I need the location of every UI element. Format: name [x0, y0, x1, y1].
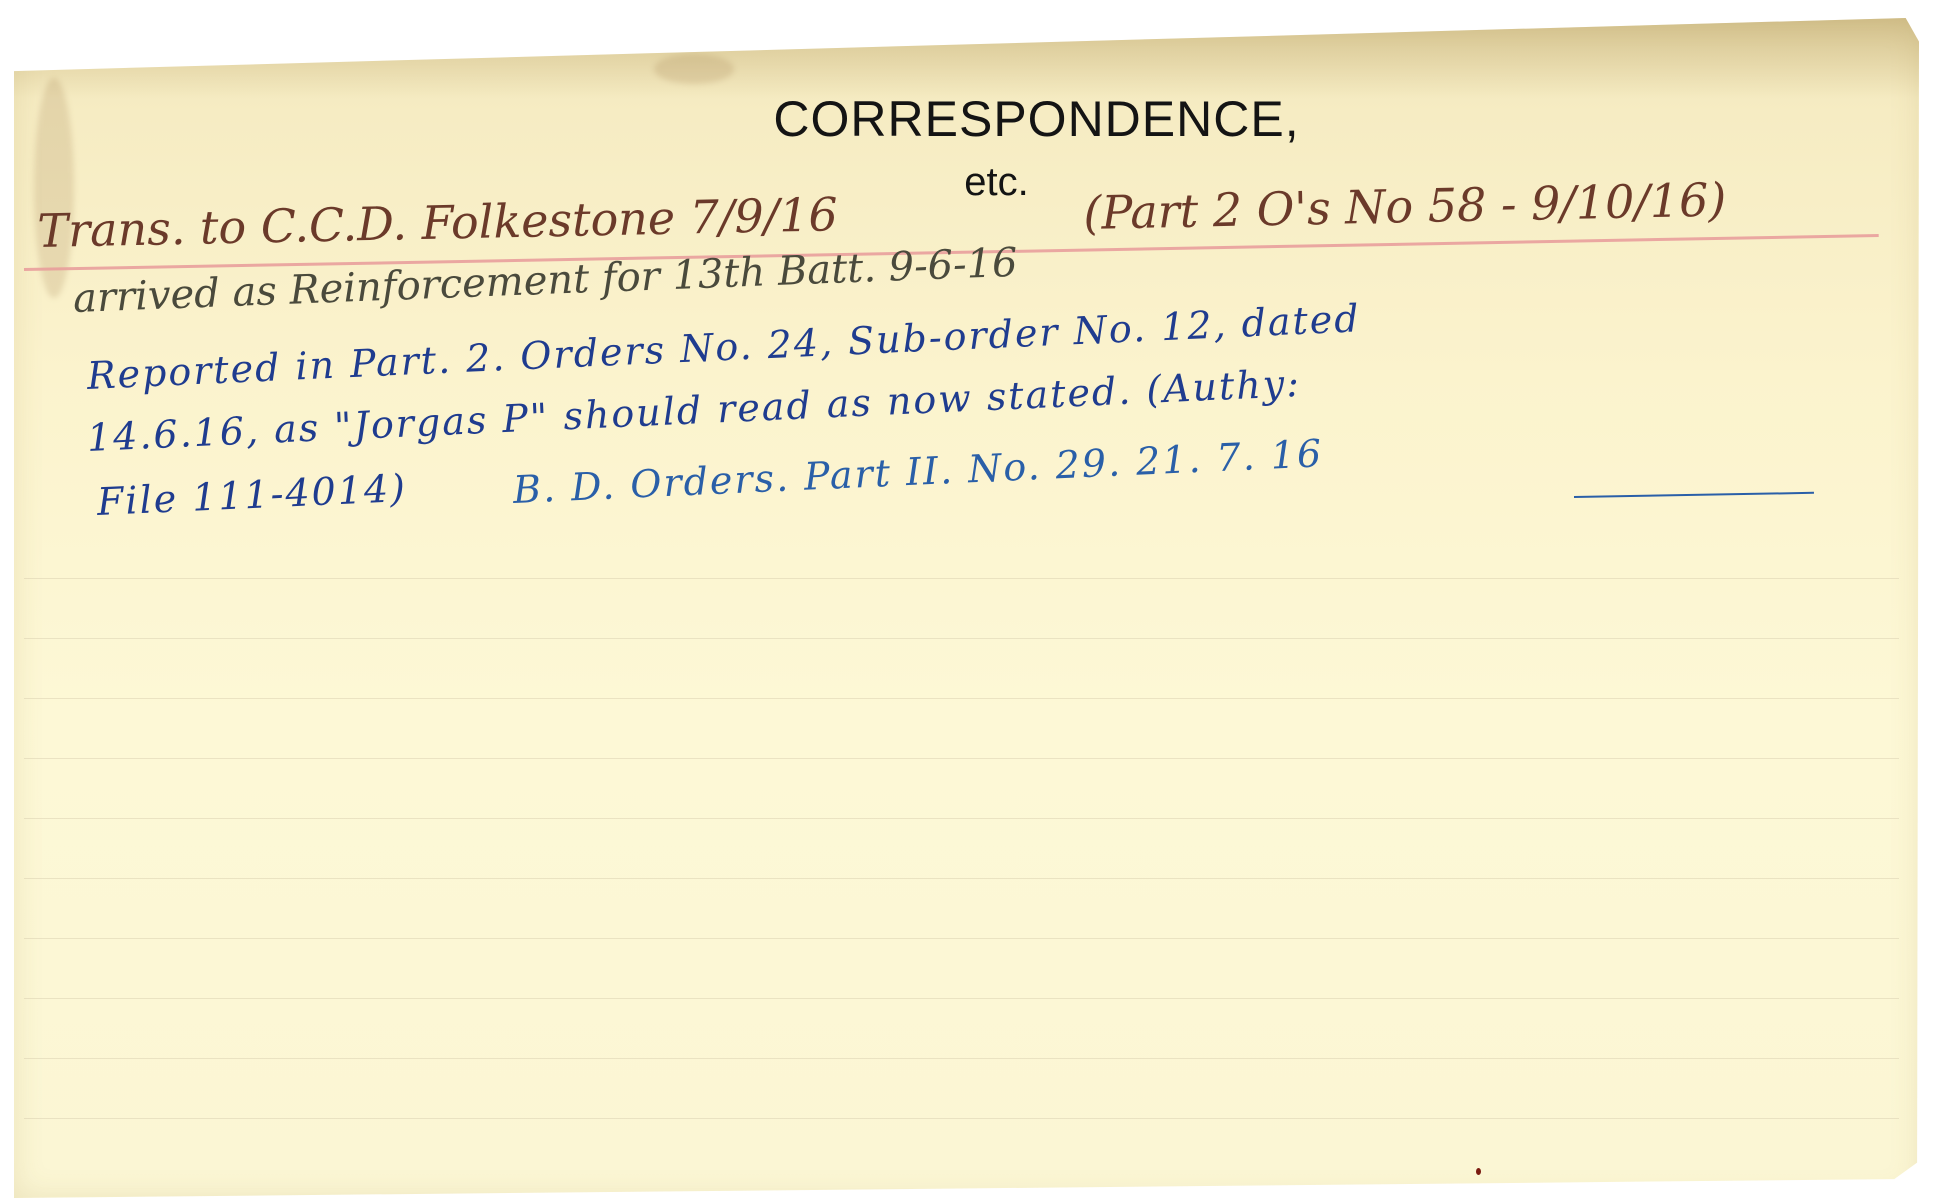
ruled-line	[24, 698, 1899, 699]
paper-stain	[654, 54, 734, 84]
entry-terminator-line	[1574, 492, 1814, 498]
printed-heading-title: CORRESPONDENCE,	[14, 90, 1947, 148]
ruled-line	[24, 578, 1899, 579]
ruled-line	[24, 998, 1899, 999]
entry-correction-line-3-text: File 111-4014)	[96, 466, 408, 524]
ruled-line	[24, 938, 1899, 939]
ink-speck	[1476, 1168, 1481, 1175]
ruled-line	[24, 758, 1899, 759]
entry-correction-line-3: File 111-4014)	[96, 466, 408, 524]
ruled-line	[24, 1118, 1899, 1119]
ruled-line	[24, 638, 1899, 639]
ruled-line	[24, 878, 1899, 879]
record-card: CORRESPONDENCE, etc. Trans. to C.C.D. Fo…	[14, 18, 1919, 1198]
ruled-line	[24, 818, 1899, 819]
entry-bd-orders-text: B. D. Orders. Part II. No. 29. 21. 7. 16	[512, 431, 1324, 512]
entry-bd-orders: B. D. Orders. Part II. No. 29. 21. 7. 16	[512, 431, 1324, 512]
ruled-line	[24, 1058, 1899, 1059]
